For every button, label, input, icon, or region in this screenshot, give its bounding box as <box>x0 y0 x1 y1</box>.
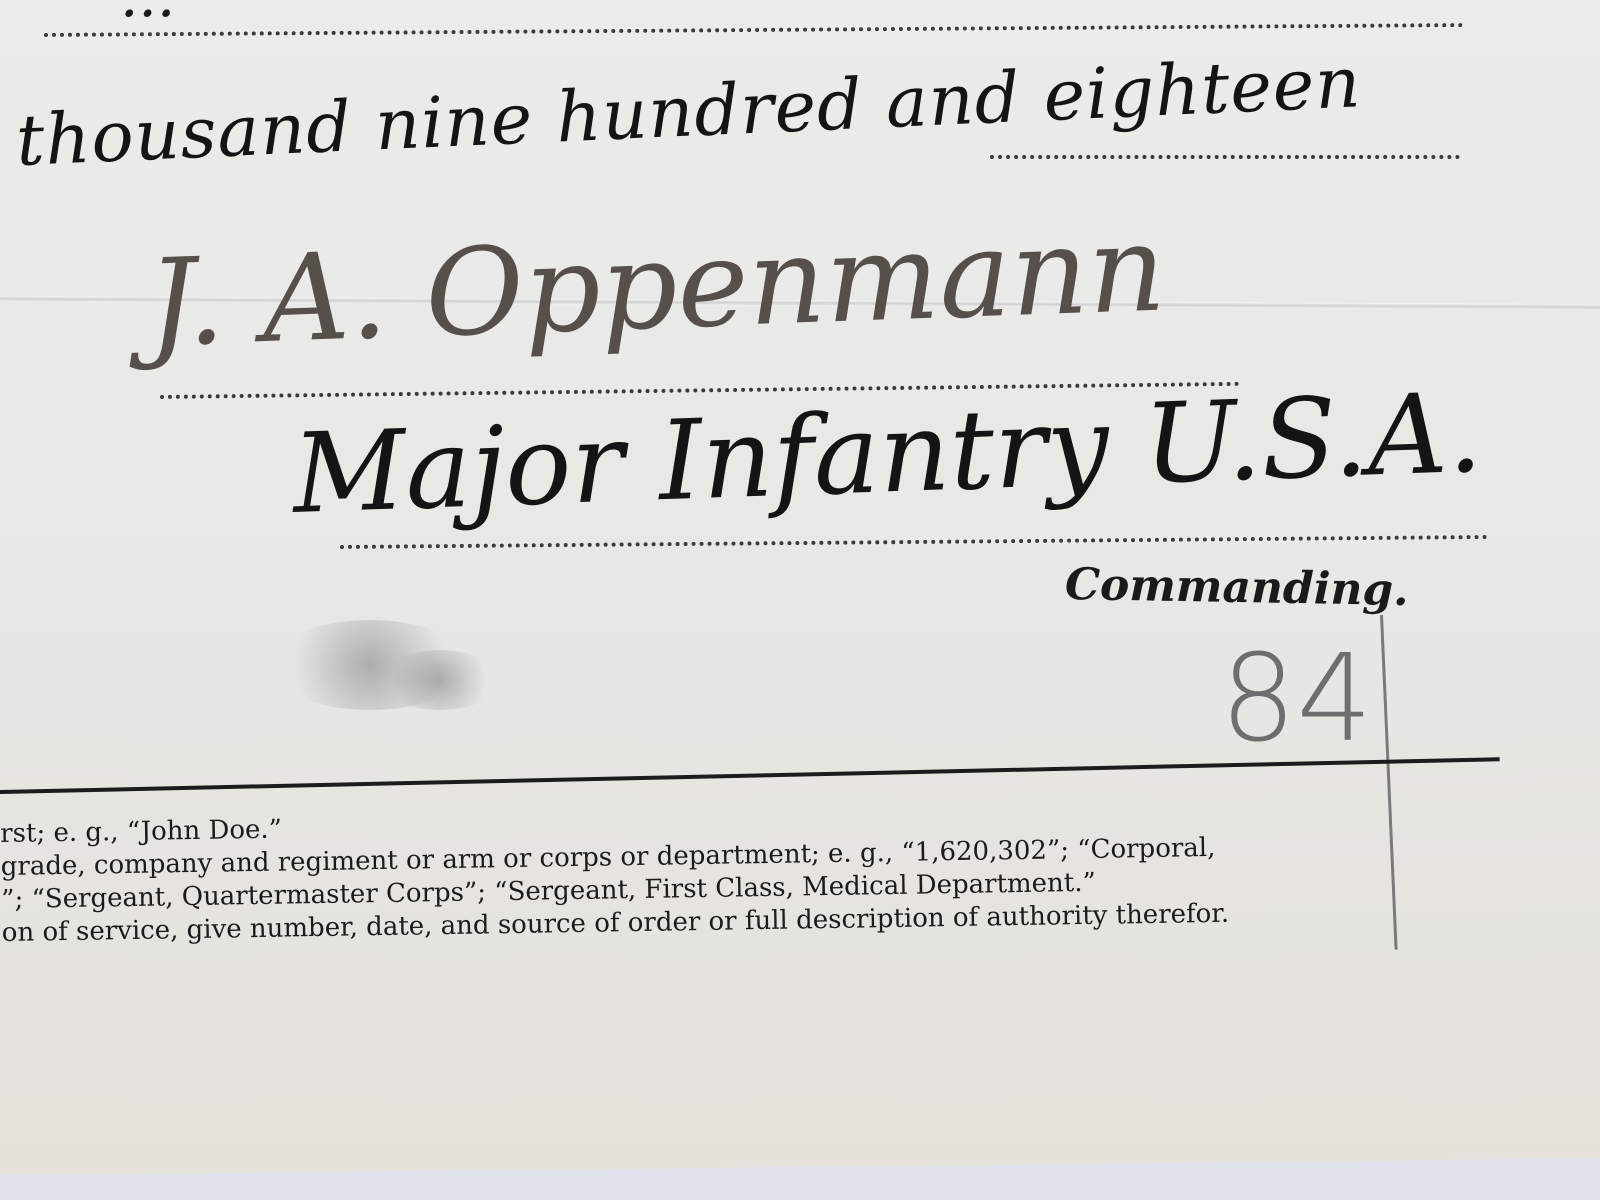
signature: J. A. Oppenmann <box>145 200 1167 374</box>
document-page: ... thousand nine hundred and eighteen J… <box>0 0 1600 1175</box>
ink-smudge-2 <box>380 650 500 710</box>
date-line-handwritten: thousand nine hundred and eighteen <box>14 41 1362 182</box>
title-dotted-rule <box>340 535 1488 549</box>
section-divider-rule <box>0 757 1500 794</box>
date-dotted-rule <box>990 155 1460 159</box>
top-handwritten-partial: ... <box>120 0 175 30</box>
top-dotted-rule <box>44 23 1464 37</box>
footnotes-block: rst; e. g., “John Doe.” grade, company a… <box>0 794 1522 950</box>
commanding-label: Commanding. <box>1065 559 1409 616</box>
pencil-annotation: 84 <box>1220 630 1373 769</box>
